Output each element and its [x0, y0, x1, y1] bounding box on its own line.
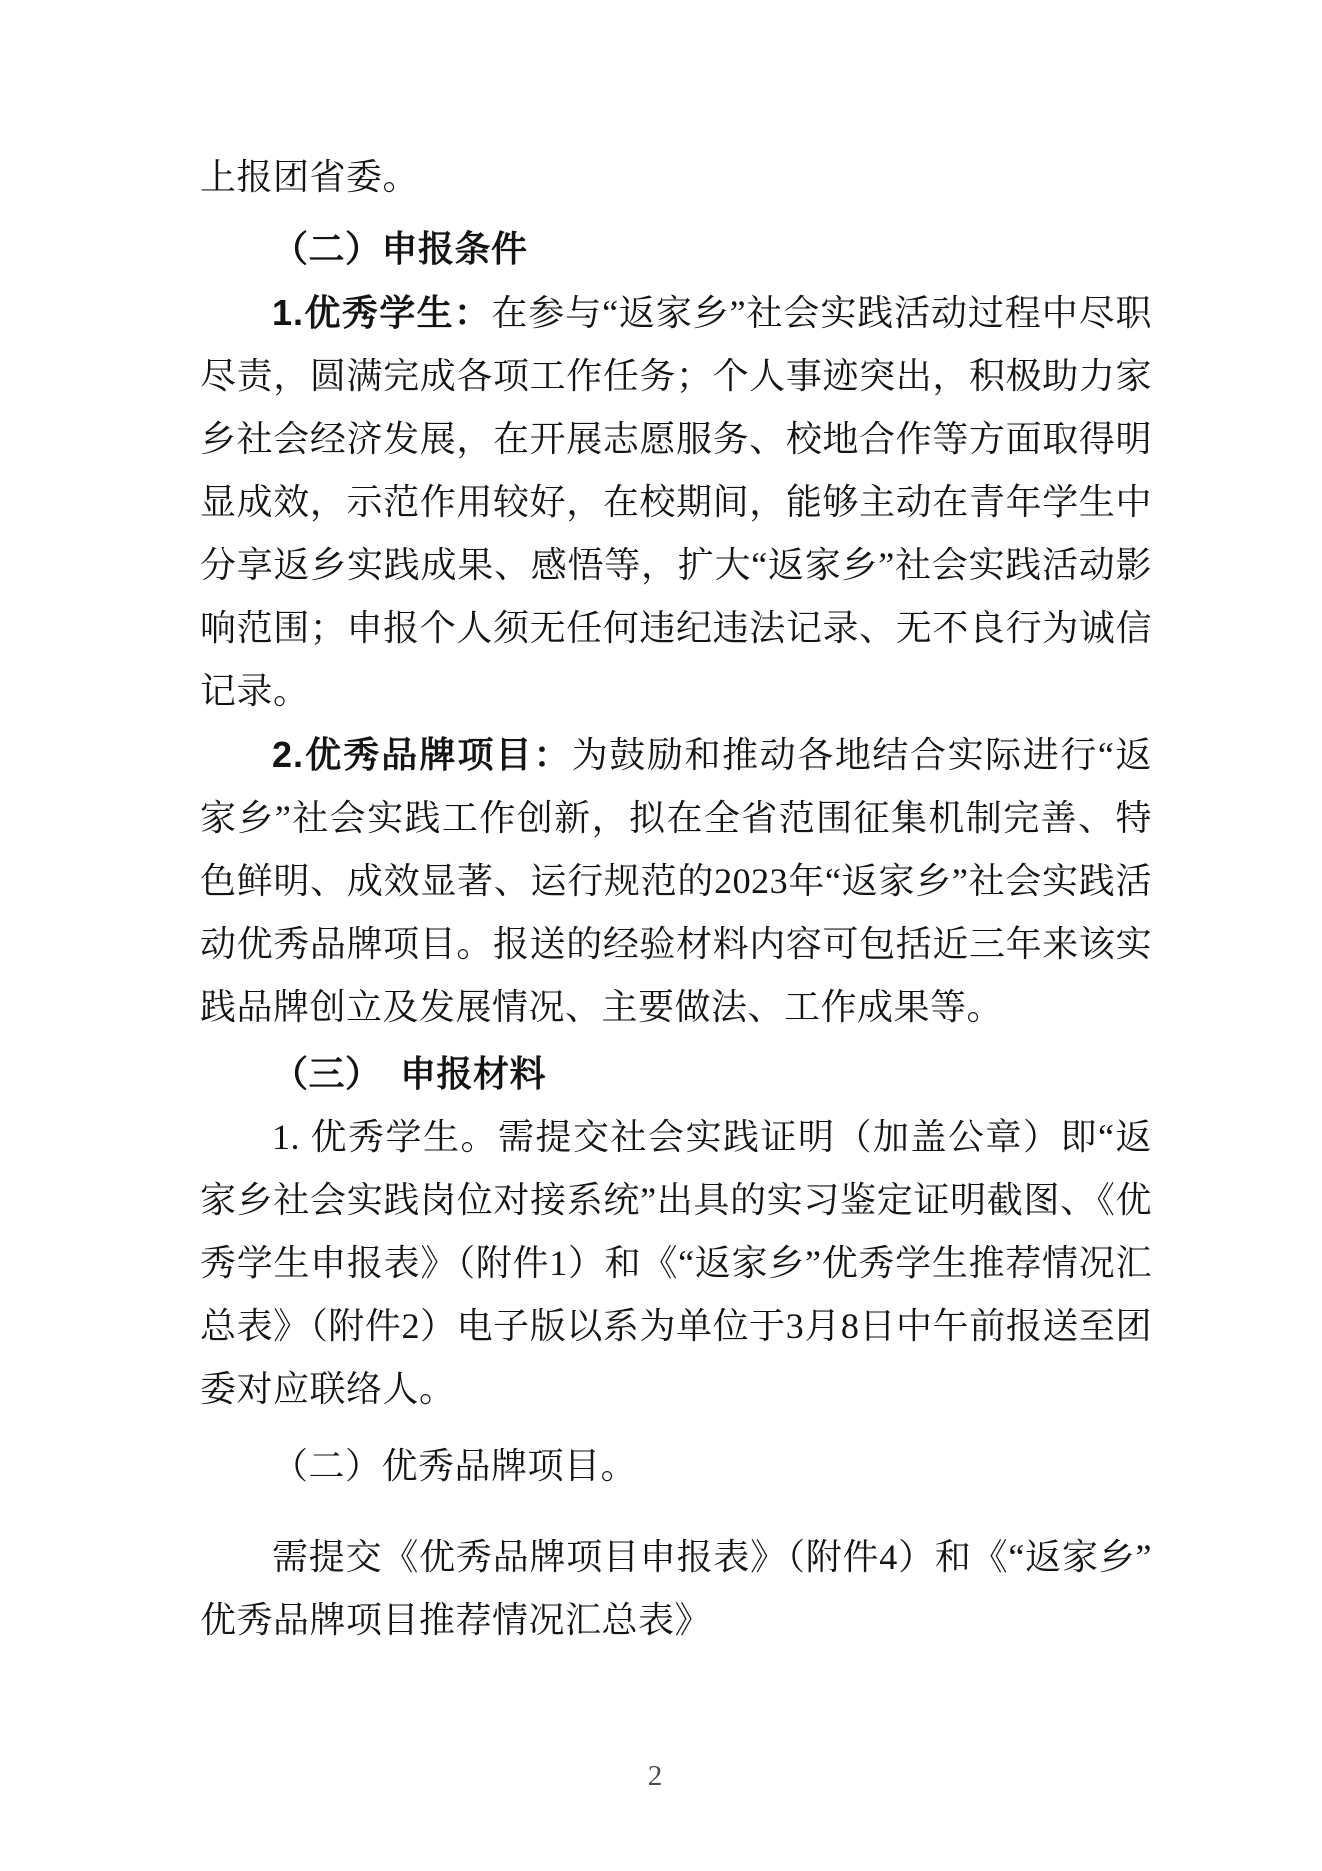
- paragraph-materials-outstanding-students: 1. 优秀学生。需提交社会实践证明（加盖公章）即“返家乡社会实践岗位对接系统”出…: [200, 1106, 1152, 1421]
- heading-application-materials: （三） 申报材料: [200, 1043, 1152, 1106]
- paragraph-outstanding-students: 1.优秀学生：在参与“返家乡”社会实践活动过程中尽职尽责，圆满完成各项工作任务；…: [200, 281, 1152, 723]
- paragraph-outstanding-brand-projects: 2.优秀品牌项目：为鼓励和推动各地结合实际进行“返家乡”社会实践工作创新，拟在全…: [200, 723, 1152, 1039]
- paragraph-lead-outstanding-students: 1.优秀学生：: [272, 292, 491, 333]
- paragraph-text-outstanding-students: 在参与“返家乡”社会实践活动过程中尽职尽责，圆满完成各项工作任务；个人事迹突出，…: [200, 293, 1152, 711]
- heading-brand-project-materials: （二）优秀品牌项目。: [200, 1435, 1152, 1498]
- document-page: 上报团省委。 （二）申报条件 1.优秀学生：在参与“返家乡”社会实践活动过程中尽…: [0, 0, 1322, 1871]
- paragraph-materials-brand-projects: 需提交《优秀品牌项目申报表》（附件4）和《“返家乡”优秀品牌项目推荐情况汇总表》: [200, 1526, 1152, 1652]
- paragraph-lead-outstanding-brand-projects: 2.优秀品牌项目：: [272, 734, 572, 775]
- page-number: 2: [648, 1760, 663, 1792]
- paragraph-report-to-provincial-committee: 上报团省委。: [200, 146, 1152, 209]
- document-body: 上报团省委。 （二）申报条件 1.优秀学生：在参与“返家乡”社会实践活动过程中尽…: [200, 146, 1152, 1652]
- page-footer: 2: [0, 1760, 1310, 1793]
- paragraph-text-outstanding-brand-projects: 为鼓励和推动各地结合实际进行“返家乡”社会实践工作创新，拟在全省范围征集机制完善…: [200, 735, 1152, 1027]
- heading-application-conditions: （二）申报条件: [200, 218, 1152, 281]
